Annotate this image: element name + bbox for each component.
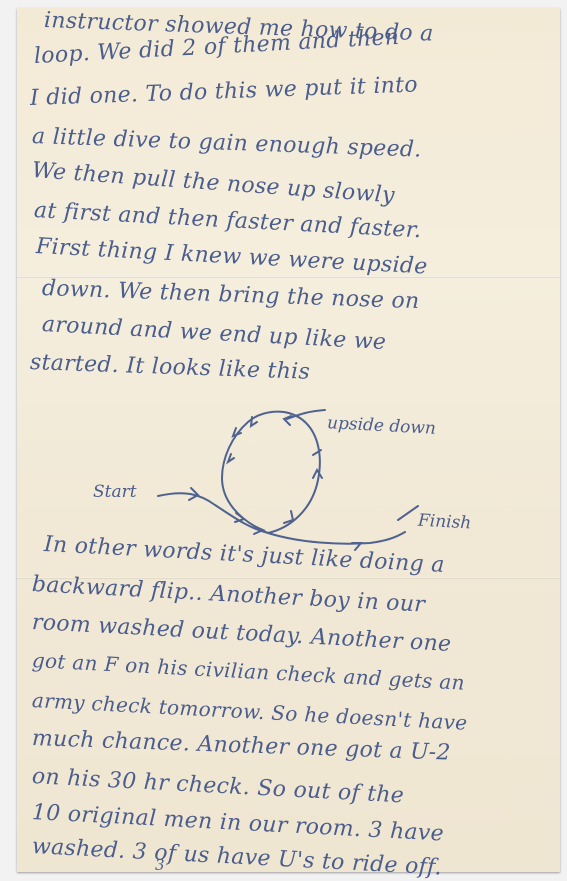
finish-tick [398, 506, 418, 520]
arrow-icon [284, 511, 293, 523]
arrow-icon [284, 416, 291, 425]
arrow-icon [313, 470, 322, 478]
arrow-icon [228, 454, 234, 462]
diagram-label-start: Start [93, 482, 137, 502]
correction-mark: 3 [155, 856, 165, 874]
loop-path [222, 412, 320, 533]
finish-path [268, 532, 405, 544]
start-path [158, 493, 268, 533]
diagram-label-finish: Finish [418, 511, 472, 534]
